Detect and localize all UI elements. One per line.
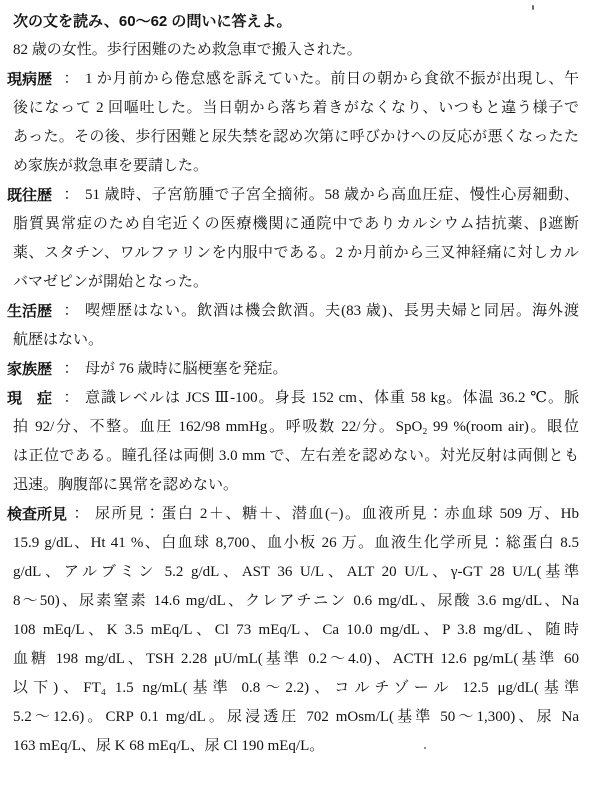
question-instruction: 次の文を読み、60～62 の問いに答えよ。 (0, 7, 589, 36)
label-separator: ： (57, 297, 85, 326)
section-body-line: は正位である。瞳孔径は両側 3.0 mm で、左右差を認めない。対光反射は両側と… (0, 442, 589, 471)
section-body-line: 尿所見：蛋白 2＋、糖＋、潜血(−)。血液所見：赤血球 509 万、Hb (95, 500, 579, 529)
section-body-line: g/dL、アルブミン 5.2 g/dL、AST 36 U/L、ALT 20 U/… (0, 558, 589, 587)
section-body-line: 脂質異常症のため自宅近くの医療機関に通院中でありカルシウム拮抗薬、β遮断 (0, 210, 589, 239)
section-body-line: 5.2～12.6)。CRP 0.1 mg/dL。尿浸透圧 702 mOsm/L(… (0, 703, 589, 732)
section-body-line: 108 mEq/L、K 3.5 mEq/L、Cl 73 mEq/L、Ca 10.… (0, 616, 589, 645)
section-present-illness: 現病歴 ： 1 か月前から倦怠感を訴えていた。前日の朝から食欲不振が出現し、午 (0, 65, 589, 94)
section-body-line: バマゼピンが開始となった。 (0, 268, 589, 297)
section-label-social-history: 生活歴 (7, 297, 57, 326)
section-body-line: 薬、スタチン、ワルファリンを内服中である。2 か月前から三叉神経痛に対しカル (0, 239, 589, 268)
section-present-status: 現 症 ： 意識レベルは JCS Ⅲ-100。身長 152 cm、体重 58 k… (0, 384, 589, 413)
section-body-line: 母が 76 歳時に脳梗塞を発症。 (85, 355, 579, 384)
label-separator: ： (57, 384, 85, 413)
section-body-line: 血糖 198 mg/dL、TSH 2.28 μU/mL(基準 0.2～4.0)、… (0, 645, 589, 674)
scan-speck (532, 5, 534, 10)
label-separator: ： (67, 500, 95, 529)
section-social-history: 生活歴 ： 喫煙歴はない。飲酒は機会飲酒。夫(83 歳)、長男夫婦と同居。海外渡 (0, 297, 589, 326)
exam-question-page: 次の文を読み、60～62 の問いに答えよ。 82 歳の女性。歩行困難のため救急車… (0, 0, 589, 785)
section-body-line: 拍 92/分、不整。血圧 162/98 mmHg。呼吸数 22/分。SpO₂ 9… (0, 413, 589, 442)
section-past-history: 既往歴 ： 51 歳時、子宮筋腫で子宮全摘術。58 歳から高血圧症、慢性心房細動… (0, 181, 589, 210)
section-body-line: 以下)、FT₄ 1.5 ng/mL(基準 0.8～2.2)、コルチゾール 12.… (0, 674, 589, 703)
section-family-history: 家族歴 ： 母が 76 歳時に脳梗塞を発症。 (0, 355, 589, 384)
section-label-present-illness: 現病歴 (7, 65, 57, 94)
section-body-line: め家族が救急車を要請した。 (0, 152, 589, 181)
section-body-line: 後になって 2 回嘔吐した。当日朝から落ち着きがなくなり、いつもと違う様子で (0, 94, 589, 123)
section-label-present-status: 現 症 (7, 384, 57, 413)
section-label-family-history: 家族歴 (7, 355, 57, 384)
scan-speck (424, 747, 426, 749)
label-separator: ： (57, 181, 85, 210)
label-separator: ： (57, 65, 85, 94)
section-body-line: 8～50)、尿素窒素 14.6 mg/dL、クレアチニン 0.6 mg/dL、尿… (0, 587, 589, 616)
patient-intro: 82 歳の女性。歩行困難のため救急車で搬入された。 (0, 36, 589, 65)
section-body-line: 喫煙歴はない。飲酒は機会飲酒。夫(83 歳)、長男夫婦と同居。海外渡 (85, 297, 579, 326)
section-label-lab-findings: 検査所見 (7, 500, 67, 529)
section-label-past-history: 既往歴 (7, 181, 57, 210)
section-body-line: 15.9 g/dL、Ht 41 %、白血球 8,700、血小板 26 万。血液生… (0, 529, 589, 558)
section-body-line: 1 か月前から倦怠感を訴えていた。前日の朝から食欲不振が出現し、午 (85, 65, 579, 94)
section-body-line: 51 歳時、子宮筋腫で子宮全摘術。58 歳から高血圧症、慢性心房細動、 (85, 181, 579, 210)
section-body-line: 163 mEq/L、尿 K 68 mEq/L、尿 Cl 190 mEq/L。 (0, 732, 589, 761)
section-lab-findings: 検査所見 ： 尿所見：蛋白 2＋、糖＋、潜血(−)。血液所見：赤血球 509 万… (0, 500, 589, 529)
section-body-line: あった。その後、歩行困難と尿失禁を認め次第に呼びかけへの反応が悪くなったた (0, 123, 589, 152)
section-body-line: 航歴はない。 (0, 326, 589, 355)
label-separator: ： (57, 355, 85, 384)
section-body-line: 迅速。胸腹部に異常を認めない。 (0, 471, 589, 500)
section-body-line: 意識レベルは JCS Ⅲ-100。身長 152 cm、体重 58 kg。体温 3… (85, 384, 579, 413)
